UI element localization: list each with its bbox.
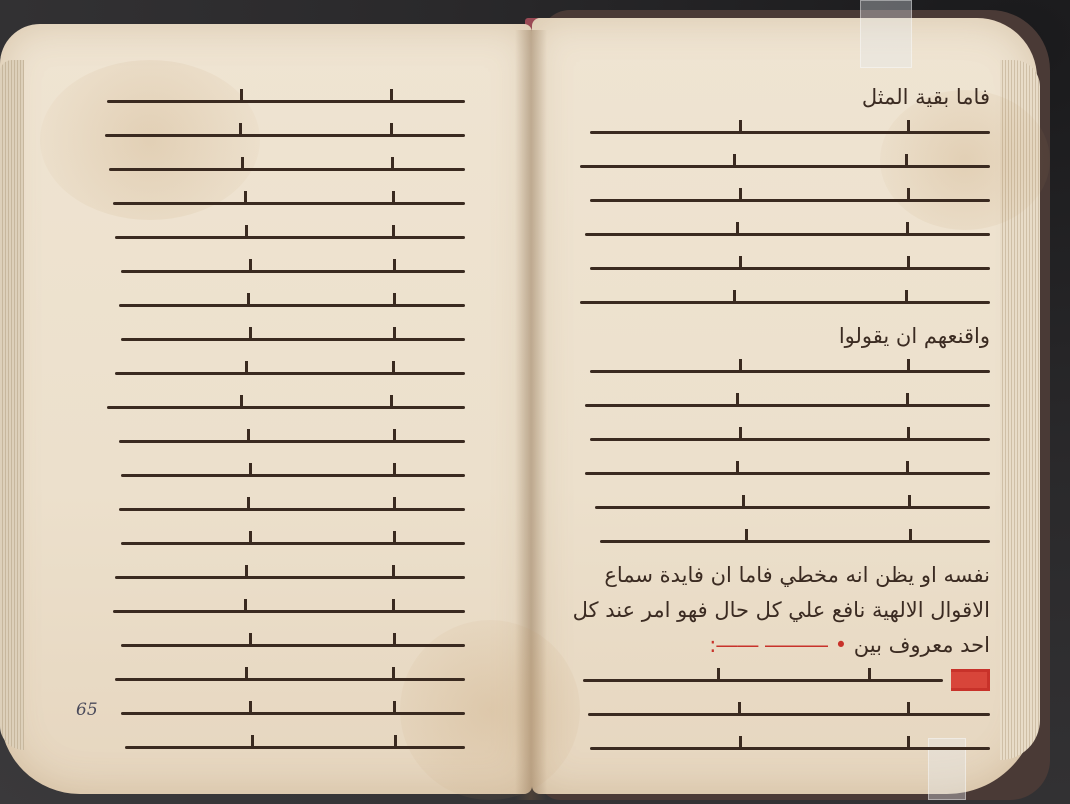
syriac-line <box>105 118 465 152</box>
right-page-text: فاما بقية المثل واقنعهم ان يقولوا نفسه ا… <box>580 80 990 765</box>
arabic-line <box>580 115 990 149</box>
arabic-line: الاقوال الالهية نافع علي كل حال فهو امر … <box>580 593 990 628</box>
syriac-line <box>105 186 465 220</box>
syriac-line <box>105 628 465 662</box>
syriac-line <box>105 662 465 696</box>
syriac-line <box>580 697 990 731</box>
left-page-text <box>105 84 465 764</box>
arabic-line <box>580 524 990 558</box>
rubric-line: احد معروف بين • ――― ――: <box>580 628 990 663</box>
arabic-line <box>580 285 990 319</box>
syriac-line <box>580 663 990 697</box>
arabic-line: واقنعهم ان يقولوا <box>580 319 990 354</box>
syriac-line <box>105 730 465 764</box>
arabic-line <box>580 183 990 217</box>
syriac-line <box>105 322 465 356</box>
red-initial-letter <box>951 669 990 691</box>
arabic-line: فاما بقية المثل <box>580 80 990 115</box>
arabic-line <box>580 388 990 422</box>
arabic-line: نفسه او يظن انه مخطي فاما ان فايدة سماع <box>580 558 990 593</box>
syriac-line <box>105 288 465 322</box>
syriac-line <box>105 458 465 492</box>
syriac-line <box>105 390 465 424</box>
syriac-line <box>105 356 465 390</box>
arabic-line <box>580 422 990 456</box>
left-page-stack <box>0 60 24 750</box>
syriac-line <box>105 526 465 560</box>
syriac-line <box>580 731 990 765</box>
syriac-line <box>105 220 465 254</box>
arabic-line <box>580 251 990 285</box>
arabic-line <box>580 490 990 524</box>
arabic-line <box>580 456 990 490</box>
rubric-red-syriac: • ――― ――: <box>709 633 847 657</box>
arabic-line <box>580 354 990 388</box>
syriac-line <box>105 84 465 118</box>
arabic-line <box>580 149 990 183</box>
tape-strip <box>860 0 912 68</box>
syriac-line <box>105 492 465 526</box>
syriac-line <box>105 424 465 458</box>
syriac-line <box>105 594 465 628</box>
syriac-line <box>105 152 465 186</box>
syriac-line <box>105 254 465 288</box>
syriac-line <box>105 560 465 594</box>
syriac-line <box>105 696 465 730</box>
arabic-line <box>580 217 990 251</box>
folio-number: 65 <box>76 700 98 720</box>
arabic-text: احد معروف بين <box>854 633 990 657</box>
